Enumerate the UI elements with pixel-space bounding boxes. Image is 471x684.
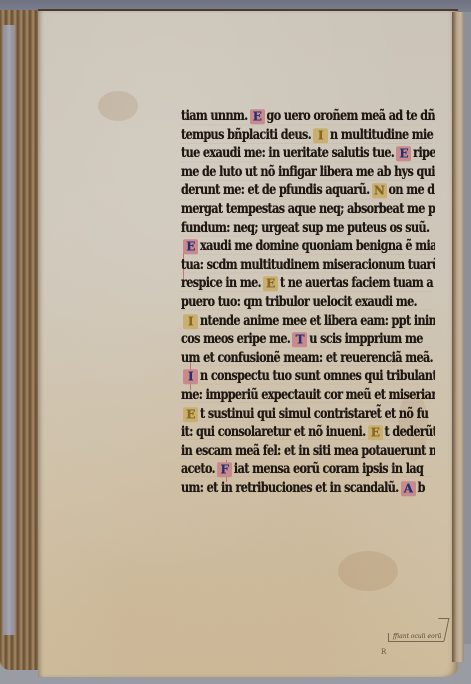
line-text: ntende anime mee et libera eam: ppt inim… — [200, 311, 435, 329]
line-text: ripe — [413, 143, 435, 161]
line-text: it: qui consolaretur et nõ inueni. — [181, 422, 366, 440]
line-text: respice in me. — [181, 274, 261, 292]
line-text: xaudi me domine quoniam benigna ẽ mia — [200, 236, 435, 254]
line-text: t sustinui qui simul contristaret̃ et nõ… — [200, 404, 428, 422]
line-text: u scis impprium me — [309, 329, 422, 347]
line-text: cos meos eripe me. — [181, 329, 290, 347]
catchword: ffiant oculi eorũ — [388, 633, 444, 642]
parchment-stain — [338, 551, 398, 591]
gray-backing-strip — [3, 25, 15, 635]
line-text: aceto. — [181, 459, 215, 477]
parchment-stain — [98, 91, 138, 121]
line-text: n multitudine mie — [330, 125, 433, 143]
line-text: mergat tempestas aque neq; absorbeat me … — [181, 199, 435, 217]
manuscript-line: um: et in retribuciones et in scandalũ.A… — [181, 476, 435, 499]
photograph-scene: tiam unnm.Ego uero oroñem meã ad te dñe:… — [0, 0, 471, 684]
line-text: derunt me: et de pfundis aquarũ. — [181, 181, 370, 199]
line-text: t dederũt — [385, 422, 436, 440]
line-text: me: impperiũ expectauit cor meũ et miser… — [181, 385, 435, 403]
blue-initial: T — [292, 332, 307, 347]
line-text: on me de — [389, 181, 435, 199]
line-text: tue exaudi me: in ueritate salutis tue. — [181, 143, 394, 161]
line-text: fundum: neq; urgeat sup me puteus os suũ… — [181, 218, 429, 236]
line-text: go uero oroñem meã ad te dñe: — [267, 106, 435, 124]
gold-initial: E — [368, 425, 383, 440]
blue-initial: E — [250, 109, 265, 124]
blue-initial: E — [183, 239, 198, 254]
line-text: iat mensa eorũ coram ipsis in laq — [234, 459, 423, 477]
line-text: b — [418, 478, 425, 496]
line-text: tiam unnm. — [181, 106, 248, 124]
blue-initial: E — [396, 146, 411, 161]
line-text: puero tuo: qm tribulor uelocit exaudi me… — [181, 292, 417, 310]
page-fore-edge — [452, 12, 464, 662]
line-text: tempus bñplaciti deus. — [181, 125, 311, 143]
blue-initial: A — [401, 481, 416, 496]
line-text: t ne auertas faciem tuam a — [280, 274, 433, 292]
line-text: n conspectu tuo sunt omnes qui tribulant — [200, 366, 435, 384]
line-text: um: et in retribuciones et in scandalũ. — [181, 478, 399, 496]
text-column: tiam unnm.Ego uero oroñem meã ad te dñe:… — [181, 106, 435, 496]
signature-mark: R — [381, 648, 386, 656]
